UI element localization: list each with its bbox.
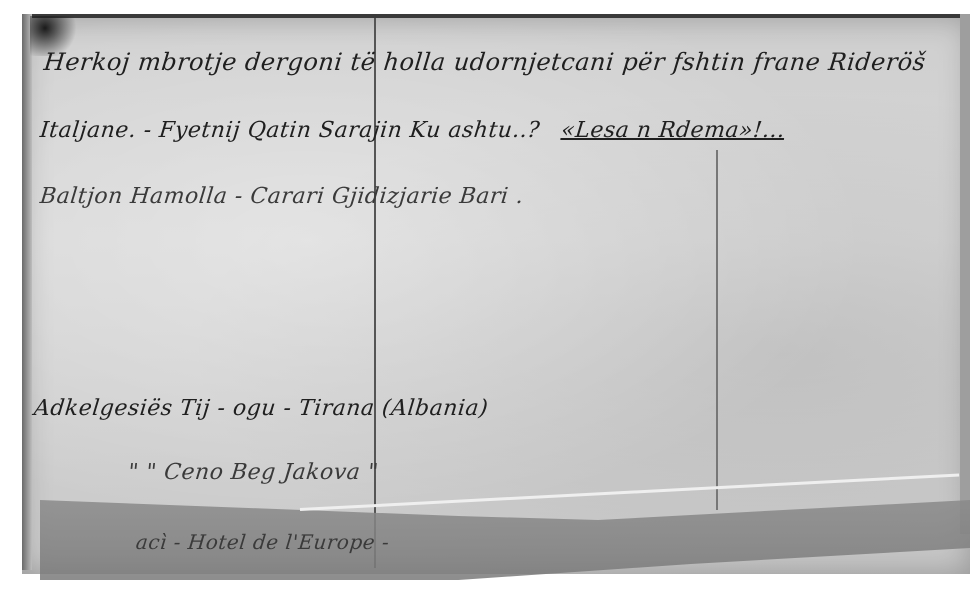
handwritten-line-5: " " Ceno Beg Jakova " [127,460,380,485]
fold-line-vertical-right [716,150,718,510]
paper-right-edge [960,14,970,534]
paper-left-edge [22,14,32,570]
handwritten-line-2-text: Italjane. - Fyetnij Qatin Sarajin Ku ash… [39,118,541,143]
handwritten-line-1: Herkoj mbrotje dergoni të holla udornjet… [43,48,928,76]
handwritten-line-2: Italjane. - Fyetnij Qatin Sarajin Ku ash… [39,118,787,143]
handwritten-line-6: acì - Hotel de l'Europe - [135,530,391,554]
handwritten-line-4: Adkelgesiës Tij - ogu - Tirana (Albania) [33,396,490,421]
fold-line-vertical [374,18,376,568]
handwritten-line-2-quote: «Lesa n Rdema»!... [560,118,786,143]
handwritten-line-3: Baltjon Hamolla - Carari Gjidizjarie Bar… [39,184,525,209]
paper-sheet [22,14,970,574]
